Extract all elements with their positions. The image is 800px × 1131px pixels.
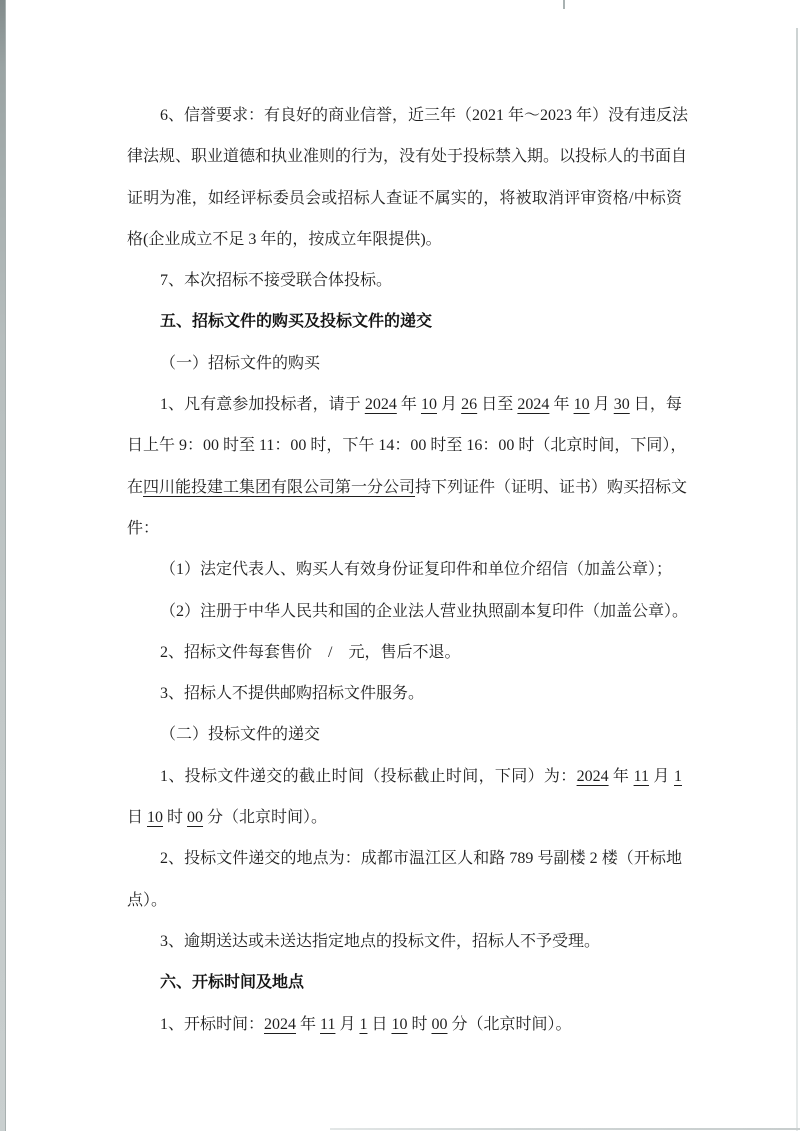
text-line: 7、本次招标不接受联合体投标。 [127, 260, 682, 301]
text-line: 日上午 9：00 时至 11：00 时，下午 14：00 时至 16：00 时（… [127, 425, 682, 466]
text-segment: （二）投标文件的递交 [160, 726, 320, 743]
text-segment: 年 [609, 768, 634, 785]
underlined-field: 00 [187, 809, 203, 826]
text-line: 律法规、职业道德和执业准则的行为，没有处于投标禁入期。以投标人的书面自 [127, 136, 682, 177]
text-line: 件： [127, 508, 682, 549]
text-segment: 月 [590, 396, 614, 413]
text-segment: 2、投标文件递交的地点为：成都市温江区人和路 789 号副楼 2 楼（开标地 [160, 850, 682, 867]
text-line: （1）法定代表人、购买人有效身份证复印件和单位介绍信（加盖公章）； [127, 549, 682, 590]
text-segment: 点）。 [127, 892, 167, 909]
text-line: 在四川能投建工集团有限公司第一分公司持下列证件（证明、证书）购买招标文 [127, 467, 682, 508]
text-line: （一）招标文件的购买 [127, 343, 682, 384]
underlined-field: 11 [320, 1016, 335, 1033]
text-line: （二）投标文件的递交 [127, 714, 682, 755]
underlined-field: 11 [634, 768, 649, 785]
underlined-field: 00 [431, 1016, 447, 1033]
text-line: 点）。 [127, 880, 682, 921]
text-segment: 证明为准，如经评标委员会或招标人查证不属实的，将被取消评审资格/中标资 [127, 190, 682, 207]
underlined-field: 10 [421, 396, 437, 413]
underlined-field: 10 [391, 1016, 407, 1033]
underlined-field: 1 [674, 768, 682, 785]
text-line: 6、信誉要求：有良好的商业信誉，近三年（2021 年～2023 年）没有违反法 [127, 95, 682, 136]
text-segment: 日 [367, 1016, 391, 1033]
text-line: 1、投标文件递交的截止时间（投标截止时间，下同）为：2024 年 11 月 1 [127, 756, 682, 797]
text-segment: 持下列证件（证明、证书）购买招标文 [415, 479, 687, 496]
underlined-field: 30 [614, 396, 630, 413]
underlined-field: 10 [574, 396, 590, 413]
text-segment: 年 [549, 396, 573, 413]
scan-mark-top [563, 0, 565, 9]
text-segment: 月 [649, 768, 674, 785]
text-segment: （1）法定代表人、购买人有效身份证复印件和单位介绍信（加盖公章）； [160, 561, 672, 578]
text-segment: 1、开标时间： [160, 1016, 264, 1033]
text-segment: 7、本次招标不接受联合体投标。 [160, 272, 392, 289]
text-line: 2、招标文件每套售价 / 元，售后不退。 [127, 632, 682, 673]
text-line: 证明为准，如经评标委员会或招标人查证不属实的，将被取消评审资格/中标资 [127, 178, 682, 219]
section-heading: 五、招标文件的购买及投标文件的递交 [127, 301, 682, 342]
scan-edge-bottom [330, 1128, 800, 1130]
text-segment: 在 [127, 479, 143, 496]
text-segment: 月 [437, 396, 461, 413]
text-segment: 分（北京时间）。 [203, 809, 327, 826]
text-segment: 年 [397, 396, 421, 413]
text-line: 1、凡有意参加投标者，请于 2024 年 10 月 26 日至 2024 年 1… [127, 384, 682, 425]
underlined-field: 10 [147, 809, 163, 826]
scanned-document-page: 6、信誉要求：有良好的商业信誉，近三年（2021 年～2023 年）没有违反法律… [0, 0, 800, 1131]
text-segment: 件： [127, 520, 159, 537]
text-segment: 3、逾期送达或未送达指定地点的投标文件，招标人不予受理。 [160, 933, 600, 950]
text-segment: 律法规、职业道德和执业准则的行为，没有处于投标禁入期。以投标人的书面自 [127, 148, 687, 165]
text-segment: 五、招标文件的购买及投标文件的递交 [160, 313, 432, 330]
text-segment: 日上午 9：00 时至 11：00 时，下午 14：00 时至 16：00 时（… [127, 437, 686, 454]
text-segment: 6、信誉要求：有良好的商业信誉，近三年（2021 年～2023 年）没有违反法 [160, 107, 688, 124]
document-body: 6、信誉要求：有良好的商业信誉，近三年（2021 年～2023 年）没有违反法律… [127, 95, 682, 1045]
scan-edge-left [0, 0, 6, 1131]
text-segment: 1、投标文件递交的截止时间（投标截止时间，下同）为： [160, 768, 577, 785]
text-segment: 时 [163, 809, 187, 826]
underlined-field: 四川能投建工集团有限公司第一分公司 [143, 479, 415, 496]
text-segment: 时 [407, 1016, 431, 1033]
text-segment: 3、招标人不提供邮购招标文件服务。 [160, 685, 424, 702]
text-segment: 六、开标时间及地点 [160, 974, 304, 991]
text-segment: （2）注册于中华人民共和国的企业法人营业执照副本复印件（加盖公章）。 [160, 603, 688, 620]
text-segment: 月 [335, 1016, 359, 1033]
underlined-field: 26 [461, 396, 477, 413]
text-segment: 1、凡有意参加投标者，请于 [160, 396, 365, 413]
text-line: （2）注册于中华人民共和国的企业法人营业执照副本复印件（加盖公章）。 [127, 591, 682, 632]
text-segment: 2、招标文件每套售价 / 元，售后不退。 [160, 644, 460, 661]
text-line: 1、开标时间：2024 年 11 月 1 日 10 时 00 分（北京时间）。 [127, 1004, 682, 1045]
text-segment: 年 [296, 1016, 320, 1033]
text-segment: （一）招标文件的购买 [160, 355, 320, 372]
text-segment: 日 [127, 809, 147, 826]
underlined-field: 2024 [365, 396, 397, 413]
text-segment: 日至 [477, 396, 517, 413]
text-line: 2、投标文件递交的地点为：成都市温江区人和路 789 号副楼 2 楼（开标地 [127, 838, 682, 879]
text-line: 格(企业成立不足 3 年的，按成立年限提供)。 [127, 219, 682, 260]
underlined-field: 2024 [577, 768, 609, 785]
text-line: 3、逾期送达或未送达指定地点的投标文件，招标人不予受理。 [127, 921, 682, 962]
scan-edge-right [796, 28, 798, 1131]
underlined-field: 2024 [517, 396, 549, 413]
text-segment: 分（北京时间）。 [447, 1016, 571, 1033]
section-heading: 六、开标时间及地点 [127, 962, 682, 1003]
text-segment: 格(企业成立不足 3 年的，按成立年限提供)。 [127, 231, 442, 248]
text-line: 日 10 时 00 分（北京时间）。 [127, 797, 682, 838]
text-line: 3、招标人不提供邮购招标文件服务。 [127, 673, 682, 714]
underlined-field: 2024 [264, 1016, 296, 1033]
text-segment: 日，每 [630, 396, 682, 413]
